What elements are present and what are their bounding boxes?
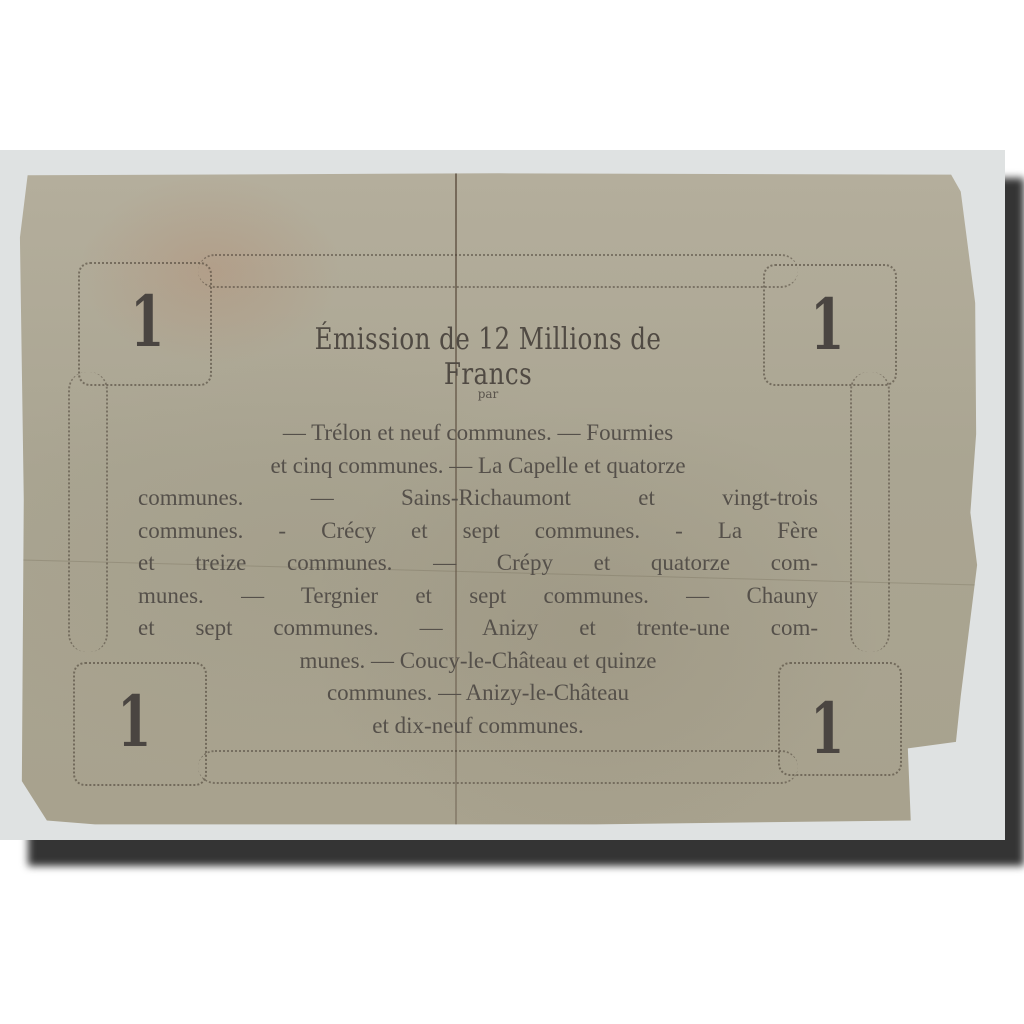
text-line: munes. — Coucy-le-Château et quinze	[138, 645, 818, 678]
banknote-title: Émission de 12 Millions de Francs	[271, 322, 706, 392]
bottom-ornament-border	[198, 750, 798, 784]
text-line: communes. - Crécy et sept communes. - La…	[138, 515, 818, 548]
left-ornament-border	[68, 372, 108, 652]
banknote: 1 1 1 1 Émission de 12 Millions de Franc…	[18, 172, 980, 827]
top-ornament-border	[198, 254, 798, 288]
denomination-numeral-top-right: 1	[810, 290, 844, 360]
photo-stage: 1 1 1 1 Émission de 12 Millions de Franc…	[0, 0, 1024, 1024]
banknote-subtitle: par	[223, 387, 753, 401]
text-line: et cinq communes. — La Capelle et quator…	[138, 450, 818, 483]
text-line: et treize communes. — Crépy et quatorze …	[138, 547, 818, 580]
text-line: communes. — Sains-Richaumont et vingt-tr…	[138, 482, 818, 515]
communes-list: — Trélon et neuf communes. — Fourmies et…	[138, 417, 818, 742]
text-line: et dix-neuf communes.	[138, 710, 818, 743]
text-line: communes. — Anizy-le-Château	[138, 677, 818, 710]
right-ornament-border	[850, 372, 890, 652]
text-line: et sept communes. — Anizy et trente-une …	[138, 612, 818, 645]
denomination-numeral-top-left: 1	[130, 287, 164, 357]
text-line: — Trélon et neuf communes. — Fourmies	[138, 417, 818, 450]
text-line: munes. — Tergnier et sept communes. — Ch…	[138, 580, 818, 613]
